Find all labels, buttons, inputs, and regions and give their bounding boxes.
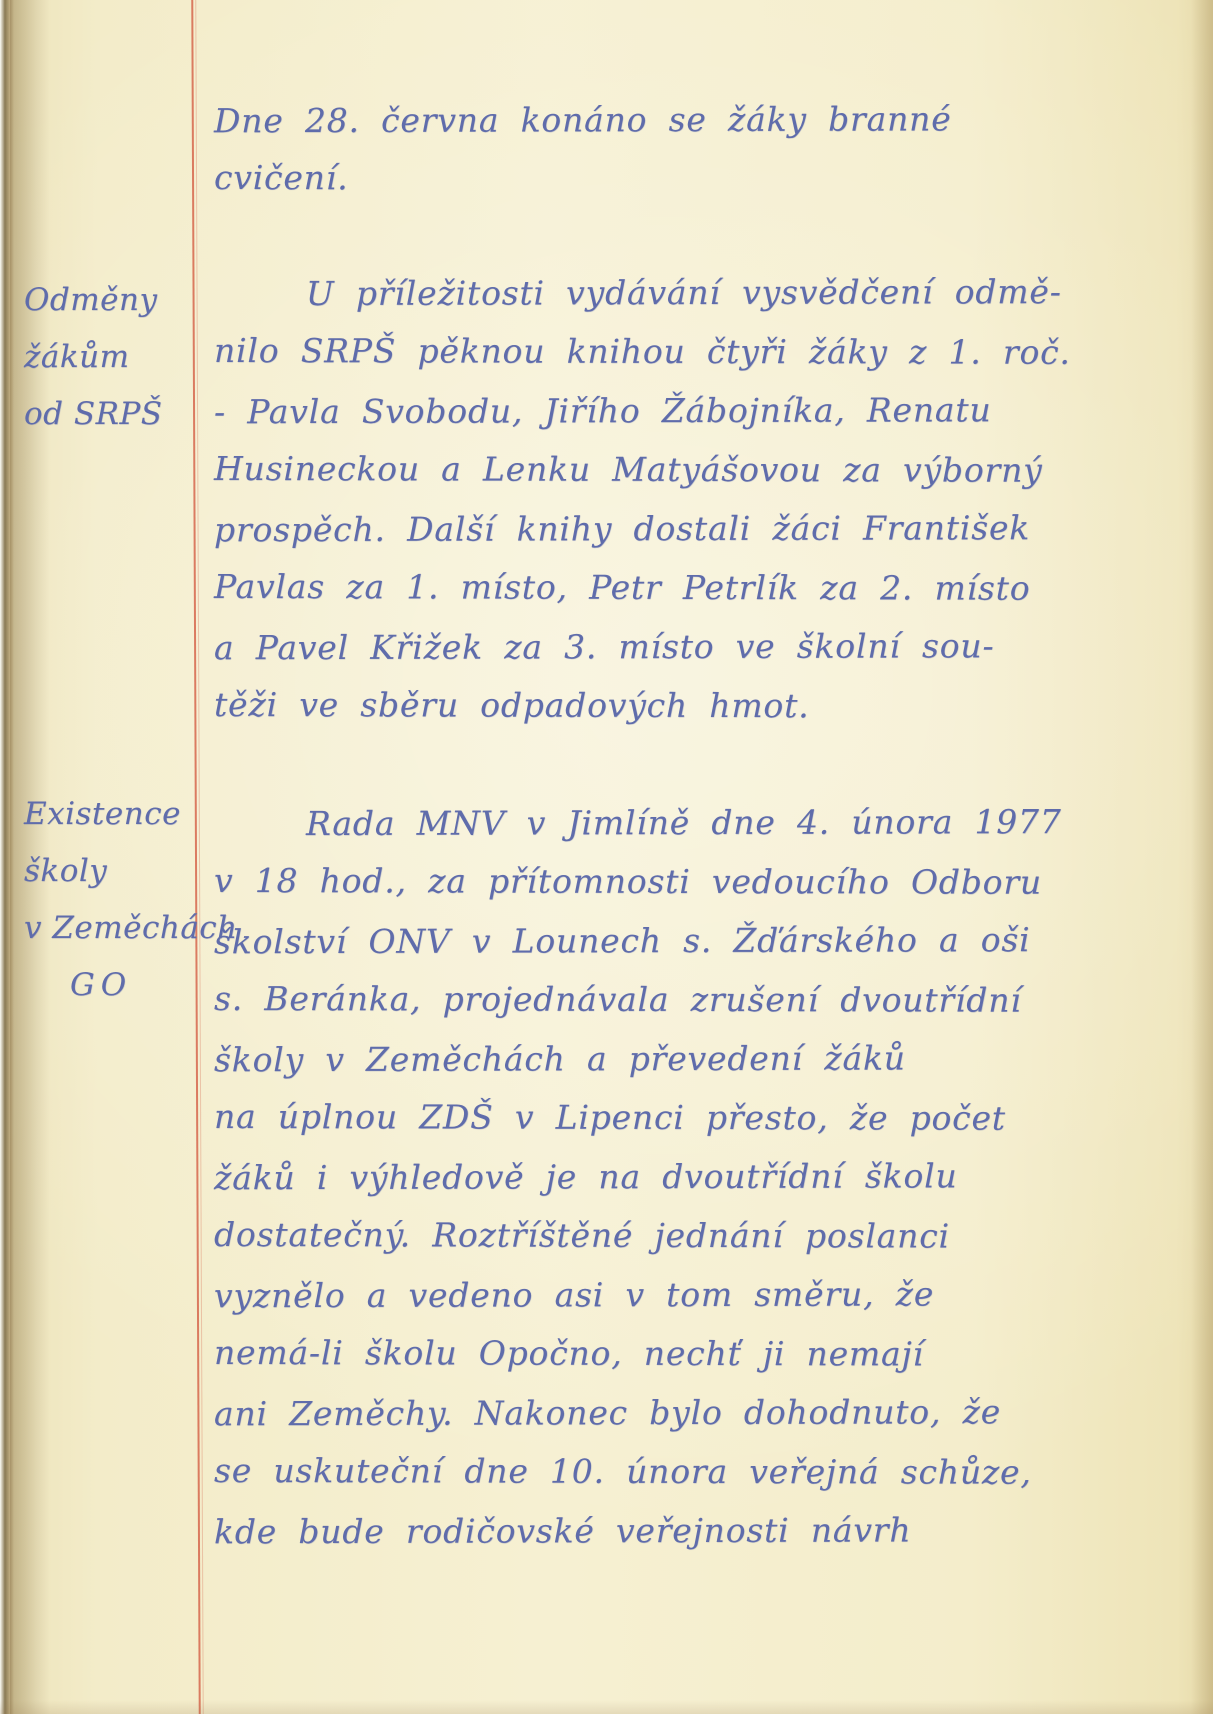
page-right-edge (1191, 0, 1213, 1714)
page-bottom-edge (0, 1700, 1213, 1714)
handwritten-line: Rada MNV v Jimlíně dne 4. února 1977 (214, 792, 1194, 854)
handwritten-line: cvičení. (214, 148, 1194, 209)
handwritten-line: na úplnou ZDŠ v Lipenci přesto, že počet (214, 1087, 1194, 1148)
margin-note-line: od SRPŠ (24, 386, 163, 443)
handwritten-line: dostatečný. Roztříštěné jednání poslanci (214, 1205, 1194, 1266)
handwritten-line: s. Beránka, projednávala zrušení dvoutří… (214, 969, 1194, 1030)
paragraph-drill-exercise: Dne 28. června konáno se žáky branné cvi… (214, 90, 1194, 208)
margin-note-line: v Zeměchách (24, 900, 238, 957)
handwritten-line: školy v Zeměchách a převedení žáků (214, 1028, 1194, 1090)
handwritten-line: Husineckou a Lenku Matyášovou za výborný (214, 439, 1194, 500)
handwritten-line: se uskuteční dne 10. února veřejná schůz… (214, 1441, 1194, 1502)
handwritten-line: U příležitosti vydávání vysvědčení odmě- (214, 262, 1194, 324)
margin-note-school-existence: Existence školy v Zeměchách GO (24, 786, 238, 1014)
margin-note-line: školy (24, 843, 238, 900)
handwritten-line: nemá-li školu Opočno, nechť ji nemají (214, 1323, 1194, 1384)
handwritten-line: Dne 28. června konáno se žáky branné (214, 89, 1194, 151)
handwritten-line: Pavlas za 1. místo, Petr Petrlík za 2. m… (214, 557, 1194, 618)
handwritten-line: a Pavel Křižek za 3. místo ve školní sou… (214, 616, 1194, 678)
handwritten-line: kde bude rodičovské veřejnosti návrh (214, 1500, 1194, 1562)
margin-note-line: Odměny (24, 272, 163, 329)
handwritten-line: školství ONV v Lounech s. Žďárského a oš… (214, 910, 1194, 972)
chronicle-page: Odměny žákům od SRPŠ Existence školy v Z… (0, 0, 1213, 1714)
handwritten-line: ani Zeměchy. Nakonec bylo dohodnuto, že (214, 1382, 1194, 1444)
margin-note-rewards: Odměny žákům od SRPŠ (24, 272, 163, 443)
paragraph-srps-rewards: U příležitosti vydávání vysvědčení odmě-… (214, 263, 1194, 735)
handwritten-line: nilo SRPŠ pěknou knihou čtyři žáky z 1. … (214, 321, 1194, 382)
handwritten-line: v 18 hod., za přítomnosti vedoucího Odbo… (214, 851, 1194, 912)
handwritten-line: vyznělo a vedeno asi v tom směru, že (214, 1264, 1194, 1326)
margin-note-line: žákům (24, 329, 163, 386)
main-text-column: Dne 28. června konáno se žáky branné cvi… (214, 90, 1194, 1560)
handwritten-line: těži ve sběru odpadových hmot. (214, 675, 1194, 736)
handwritten-line: prospěch. Další knihy dostali žáci Frant… (214, 498, 1194, 560)
margin-note-line: GO (24, 957, 238, 1014)
paragraph-school-zemechy: Rada MNV v Jimlíně dne 4. února 1977 v 1… (214, 793, 1194, 1560)
handwritten-line: žáků i výhledově je na dvoutřídní školu (214, 1146, 1194, 1208)
margin-note-line: Existence (24, 786, 238, 843)
handwritten-line: - Pavla Svobodu, Jiřího Žábojníka, Renat… (214, 380, 1194, 442)
